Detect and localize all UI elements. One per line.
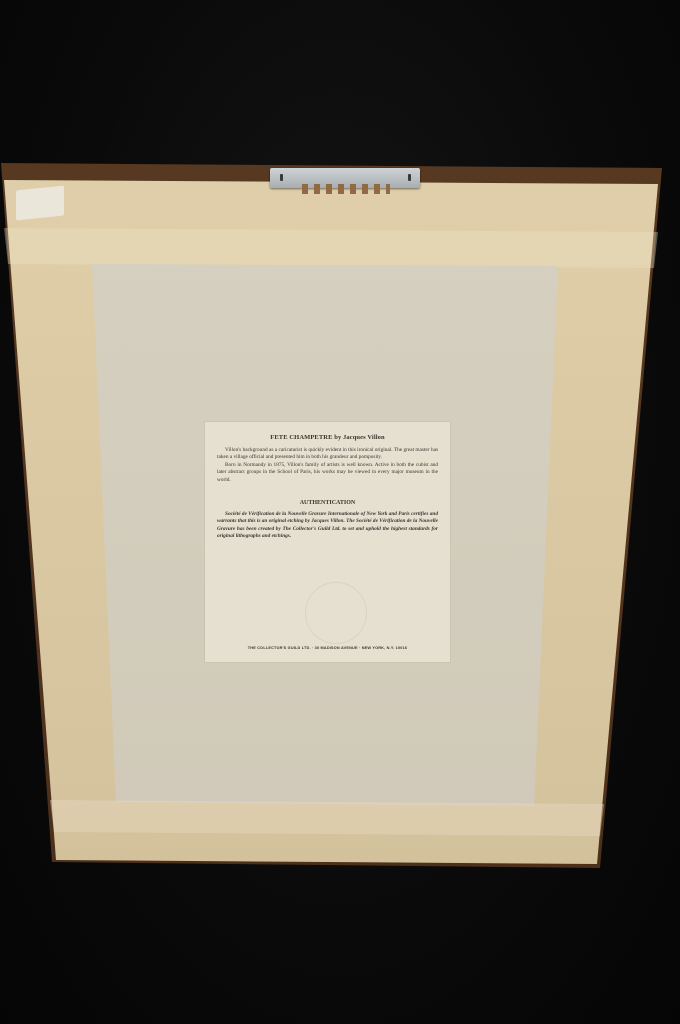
embossed-seal	[305, 582, 367, 644]
label-footer: THE COLLECTOR'S GUILD LTD. · 30 MADISON …	[217, 646, 438, 650]
nail-hole-right	[408, 174, 411, 181]
nail-hole-left	[280, 174, 283, 181]
photo-scene: FETE CHAMPETRE by Jacques Villon Villon'…	[0, 0, 680, 1024]
auth-heading: AUTHENTICATION	[217, 500, 438, 506]
label-title: FETE CHAMPETRE by Jacques Villon	[217, 434, 438, 441]
hanger-teeth	[302, 184, 390, 194]
authentication-label: FETE CHAMPETRE by Jacques Villon Villon'…	[205, 422, 450, 662]
auth-text: Société de Vérification de la Nouvelle G…	[217, 511, 438, 541]
label-paragraph-1: Villon's background as a caricaturist is…	[217, 447, 438, 462]
corner-sticker	[16, 185, 64, 220]
label-paragraph-2: Born in Normandy in 1875, Villon's famil…	[217, 462, 438, 484]
